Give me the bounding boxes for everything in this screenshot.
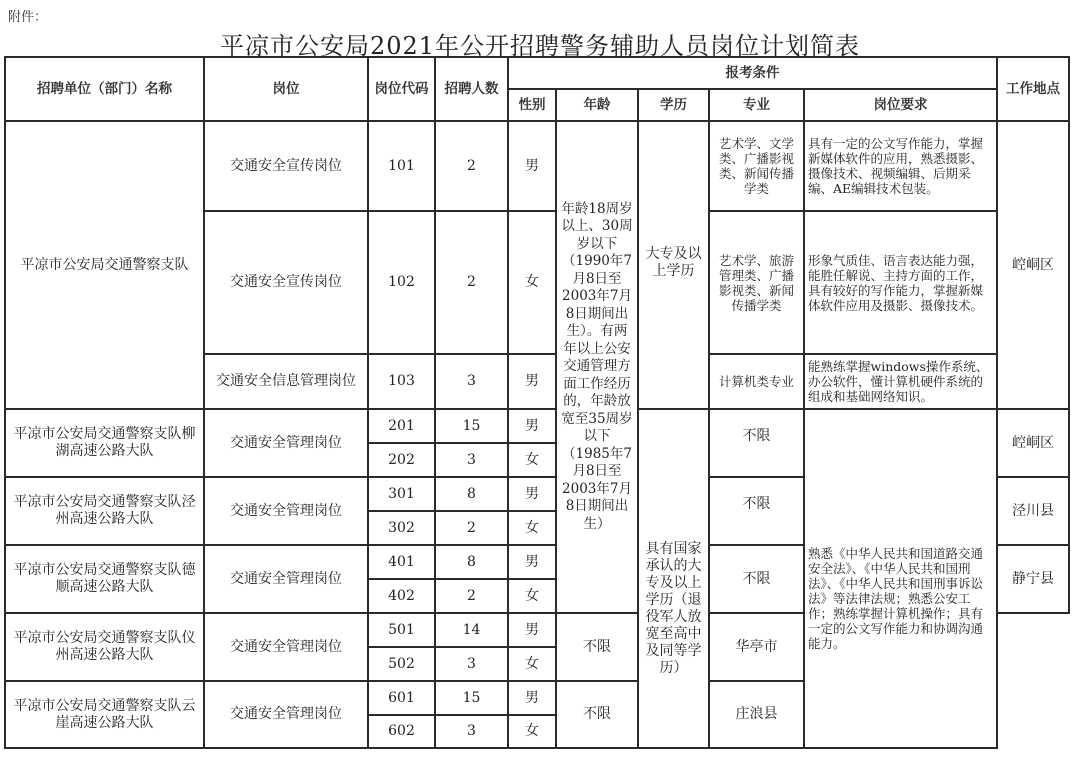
location-cell: 泾川县 xyxy=(997,477,1069,545)
position-cell: 交通安全管理岗位 xyxy=(204,681,368,748)
count-cell: 2 xyxy=(435,121,508,211)
count-cell: 3 xyxy=(435,354,508,409)
major-cell: 不限 xyxy=(556,681,638,748)
position-cell: 交通安全宣传岗位 xyxy=(204,121,368,211)
unit-cell: 平凉市公安局交通警察支队仪州高速公路大队 xyxy=(5,613,204,681)
major-cell: 艺术学、旅游管理类、广播影视类、新闻传播学类 xyxy=(709,211,804,354)
count-cell: 2 xyxy=(435,211,508,354)
education-cell: 大专及以上学历 xyxy=(638,121,709,409)
header-conditions: 报考条件 xyxy=(508,57,997,89)
header-unit: 招聘单位（部门）名称 xyxy=(5,57,204,121)
gender-cell: 男 xyxy=(508,681,556,715)
gender-cell: 女 xyxy=(508,647,556,681)
requirements-cell: 能熟练掌握windows操作系统、办公软件，懂计算机硬件系统的组成和基础网络知识… xyxy=(804,354,997,409)
major-cell: 艺术学、文学类、广播影视类、新闻传播学类 xyxy=(709,121,804,211)
code-cell: 102 xyxy=(368,211,435,354)
count-cell: 2 xyxy=(435,511,508,545)
count-cell: 2 xyxy=(435,579,508,613)
code-cell: 501 xyxy=(368,613,435,647)
education-cell: 具有国家承认的大专及以上学历（退役军人放宽至高中及同等学历） xyxy=(638,409,709,748)
position-cell: 交通安全宣传岗位 xyxy=(204,211,368,354)
table-row: 平凉市公安局交通警察支队柳湖高速公路大队 交通安全管理岗位 201 15 男 具… xyxy=(5,409,1069,443)
header-location: 工作地点 xyxy=(997,57,1069,121)
header-major: 专业 xyxy=(709,89,804,121)
requirements-cell: 熟悉《中华人民共和国道路交通安全法》、《中华人民共和国刑法》、《中华人民共和国刑… xyxy=(804,409,997,748)
gender-cell: 女 xyxy=(508,579,556,613)
major-cell: 计算机类专业 xyxy=(709,354,804,409)
header-education: 学历 xyxy=(638,89,709,121)
header-age: 年龄 xyxy=(556,89,638,121)
gender-cell: 男 xyxy=(508,613,556,647)
location-cell: 崆峒区 xyxy=(997,409,1069,477)
gender-cell: 男 xyxy=(508,545,556,579)
gender-cell: 男 xyxy=(508,477,556,511)
count-cell: 14 xyxy=(435,613,508,647)
code-cell: 103 xyxy=(368,354,435,409)
position-cell: 交通安全管理岗位 xyxy=(204,409,368,477)
table-row: 平凉市公安局交通警察支队 交通安全宣传岗位 101 2 男 年龄18周岁以上、3… xyxy=(5,121,1069,211)
count-cell: 3 xyxy=(435,647,508,681)
requirements-cell: 形象气质佳、语言表达能力强，能胜任解说、主持方面的工作，具有较好的写作能力，掌握… xyxy=(804,211,997,354)
code-cell: 302 xyxy=(368,511,435,545)
header-row-1: 招聘单位（部门）名称 岗位 岗位代码 招聘人数 报考条件 工作地点 xyxy=(5,57,1069,89)
location-cell: 静宁县 xyxy=(997,545,1069,613)
unit-cell: 平凉市公安局交通警察支队德顺高速公路大队 xyxy=(5,545,204,613)
gender-cell: 女 xyxy=(508,211,556,354)
header-code: 岗位代码 xyxy=(368,57,435,121)
code-cell: 601 xyxy=(368,681,435,715)
code-cell: 202 xyxy=(368,443,435,477)
location-cell: 华亭市 xyxy=(709,613,804,681)
age-requirement-cell: 年龄18周岁以上、30周岁以下（1990年7月8日至2003年7月8日期间出生）… xyxy=(556,121,638,613)
gender-cell: 女 xyxy=(508,715,556,748)
unit-cell: 平凉市公安局交通警察支队云崖高速公路大队 xyxy=(5,681,204,748)
count-cell: 3 xyxy=(435,443,508,477)
code-cell: 201 xyxy=(368,409,435,443)
unit-cell: 平凉市公安局交通警察支队 xyxy=(5,121,204,409)
gender-cell: 男 xyxy=(508,121,556,211)
major-cell: 不限 xyxy=(709,409,804,477)
location-cell: 庄浪县 xyxy=(709,681,804,748)
header-requirements: 岗位要求 xyxy=(804,89,997,121)
count-cell: 3 xyxy=(435,715,508,748)
location-cell: 崆峒区 xyxy=(997,121,1069,409)
unit-cell: 平凉市公安局交通警察支队柳湖高速公路大队 xyxy=(5,409,204,477)
count-cell: 8 xyxy=(435,477,508,511)
gender-cell: 男 xyxy=(508,409,556,443)
major-cell: 不限 xyxy=(556,613,638,681)
unit-cell: 平凉市公安局交通警察支队泾州高速公路大队 xyxy=(5,477,204,545)
recruitment-plan-table: 招聘单位（部门）名称 岗位 岗位代码 招聘人数 报考条件 工作地点 性别 年龄 … xyxy=(4,56,1070,749)
code-cell: 101 xyxy=(368,121,435,211)
position-cell: 交通安全管理岗位 xyxy=(204,545,368,613)
requirements-cell: 具有一定的公文写作能力，掌握新媒体软件的应用，熟悉摄影、摄像技术、视频编辑、后期… xyxy=(804,121,997,211)
major-cell: 不限 xyxy=(709,545,804,613)
code-cell: 401 xyxy=(368,545,435,579)
header-count: 招聘人数 xyxy=(435,57,508,121)
gender-cell: 男 xyxy=(508,354,556,409)
position-cell: 交通安全管理岗位 xyxy=(204,613,368,681)
gender-cell: 女 xyxy=(508,511,556,545)
position-cell: 交通安全管理岗位 xyxy=(204,477,368,545)
header-gender: 性别 xyxy=(508,89,556,121)
gender-cell: 女 xyxy=(508,443,556,477)
count-cell: 15 xyxy=(435,409,508,443)
position-cell: 交通安全信息管理岗位 xyxy=(204,354,368,409)
major-cell: 不限 xyxy=(709,477,804,545)
code-cell: 301 xyxy=(368,477,435,511)
code-cell: 402 xyxy=(368,579,435,613)
attachment-label: 附件： xyxy=(8,6,47,25)
header-position: 岗位 xyxy=(204,57,368,121)
code-cell: 502 xyxy=(368,647,435,681)
count-cell: 15 xyxy=(435,681,508,715)
count-cell: 8 xyxy=(435,545,508,579)
code-cell: 602 xyxy=(368,715,435,748)
